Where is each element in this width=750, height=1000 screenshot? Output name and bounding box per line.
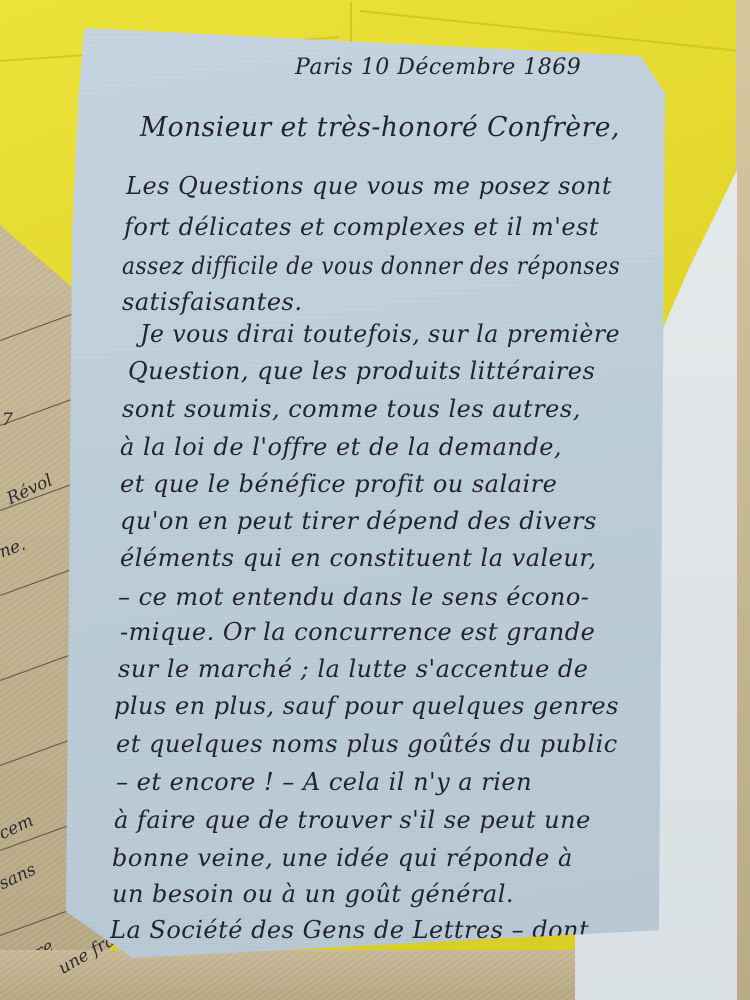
letter-line: satisfaisantes. <box>122 288 303 316</box>
letter-line: éléments qui en constituent la valeur, <box>120 544 597 572</box>
fragment-text: ne. <box>0 535 28 563</box>
letter-line: Les Questions que vous me posez sont <box>126 172 612 200</box>
fragment-text: sans <box>0 860 39 894</box>
tan-paper-fragment-right <box>736 0 750 1000</box>
letter-line: – et encore ! – A cela il n'y a rien <box>116 768 532 796</box>
letter-line: et que le bénéfice profit ou salaire <box>120 470 557 498</box>
letter-line: à faire que de trouver s'il se peut une <box>114 806 591 834</box>
fragment-text: Révol <box>4 471 56 509</box>
letter-line: – ce mot entendu dans le sens écono- <box>118 583 589 611</box>
letter-line: fort délicates et complexes et il m'est <box>124 213 599 241</box>
fragment-text: 7 <box>2 410 13 430</box>
tan-paper-fragment-bottom: une fras <box>0 950 620 1000</box>
letter-line: sur le marché ; la lutte s'accentue de <box>118 655 589 683</box>
letter-line: assez difficile de vous donner des répon… <box>122 252 620 280</box>
letter-dateline: Paris 10 Décembre 1869 <box>295 55 581 80</box>
letter-line: qu'on en peut tirer dépend des divers <box>120 507 597 535</box>
letter-line: à la loi de l'offre et de la demande, <box>120 433 562 461</box>
letter-line: et quelques noms plus goûtés du public <box>116 730 618 758</box>
letter-line: Question, que les produits littéraires <box>128 357 595 385</box>
letter-line: sont soumis, comme tous les autres, <box>122 395 581 423</box>
letter-line: bonne veine, une idée qui réponde à <box>112 844 573 872</box>
paper-crease <box>350 2 352 42</box>
letter-line: -mique. Or la concurrence est grande <box>120 618 595 646</box>
handwritten-letter: Paris 10 Décembre 1869 Monsieur et très-… <box>60 28 665 958</box>
letter-line: Je vous dirai toutefois, sur la première <box>140 320 620 348</box>
letter-line: un besoin ou à un goût général. <box>112 880 514 908</box>
letter-salutation: Monsieur et très-honoré Confrère, <box>140 112 620 143</box>
letter-line: plus en plus, sauf pour quelques genres <box>114 692 619 720</box>
